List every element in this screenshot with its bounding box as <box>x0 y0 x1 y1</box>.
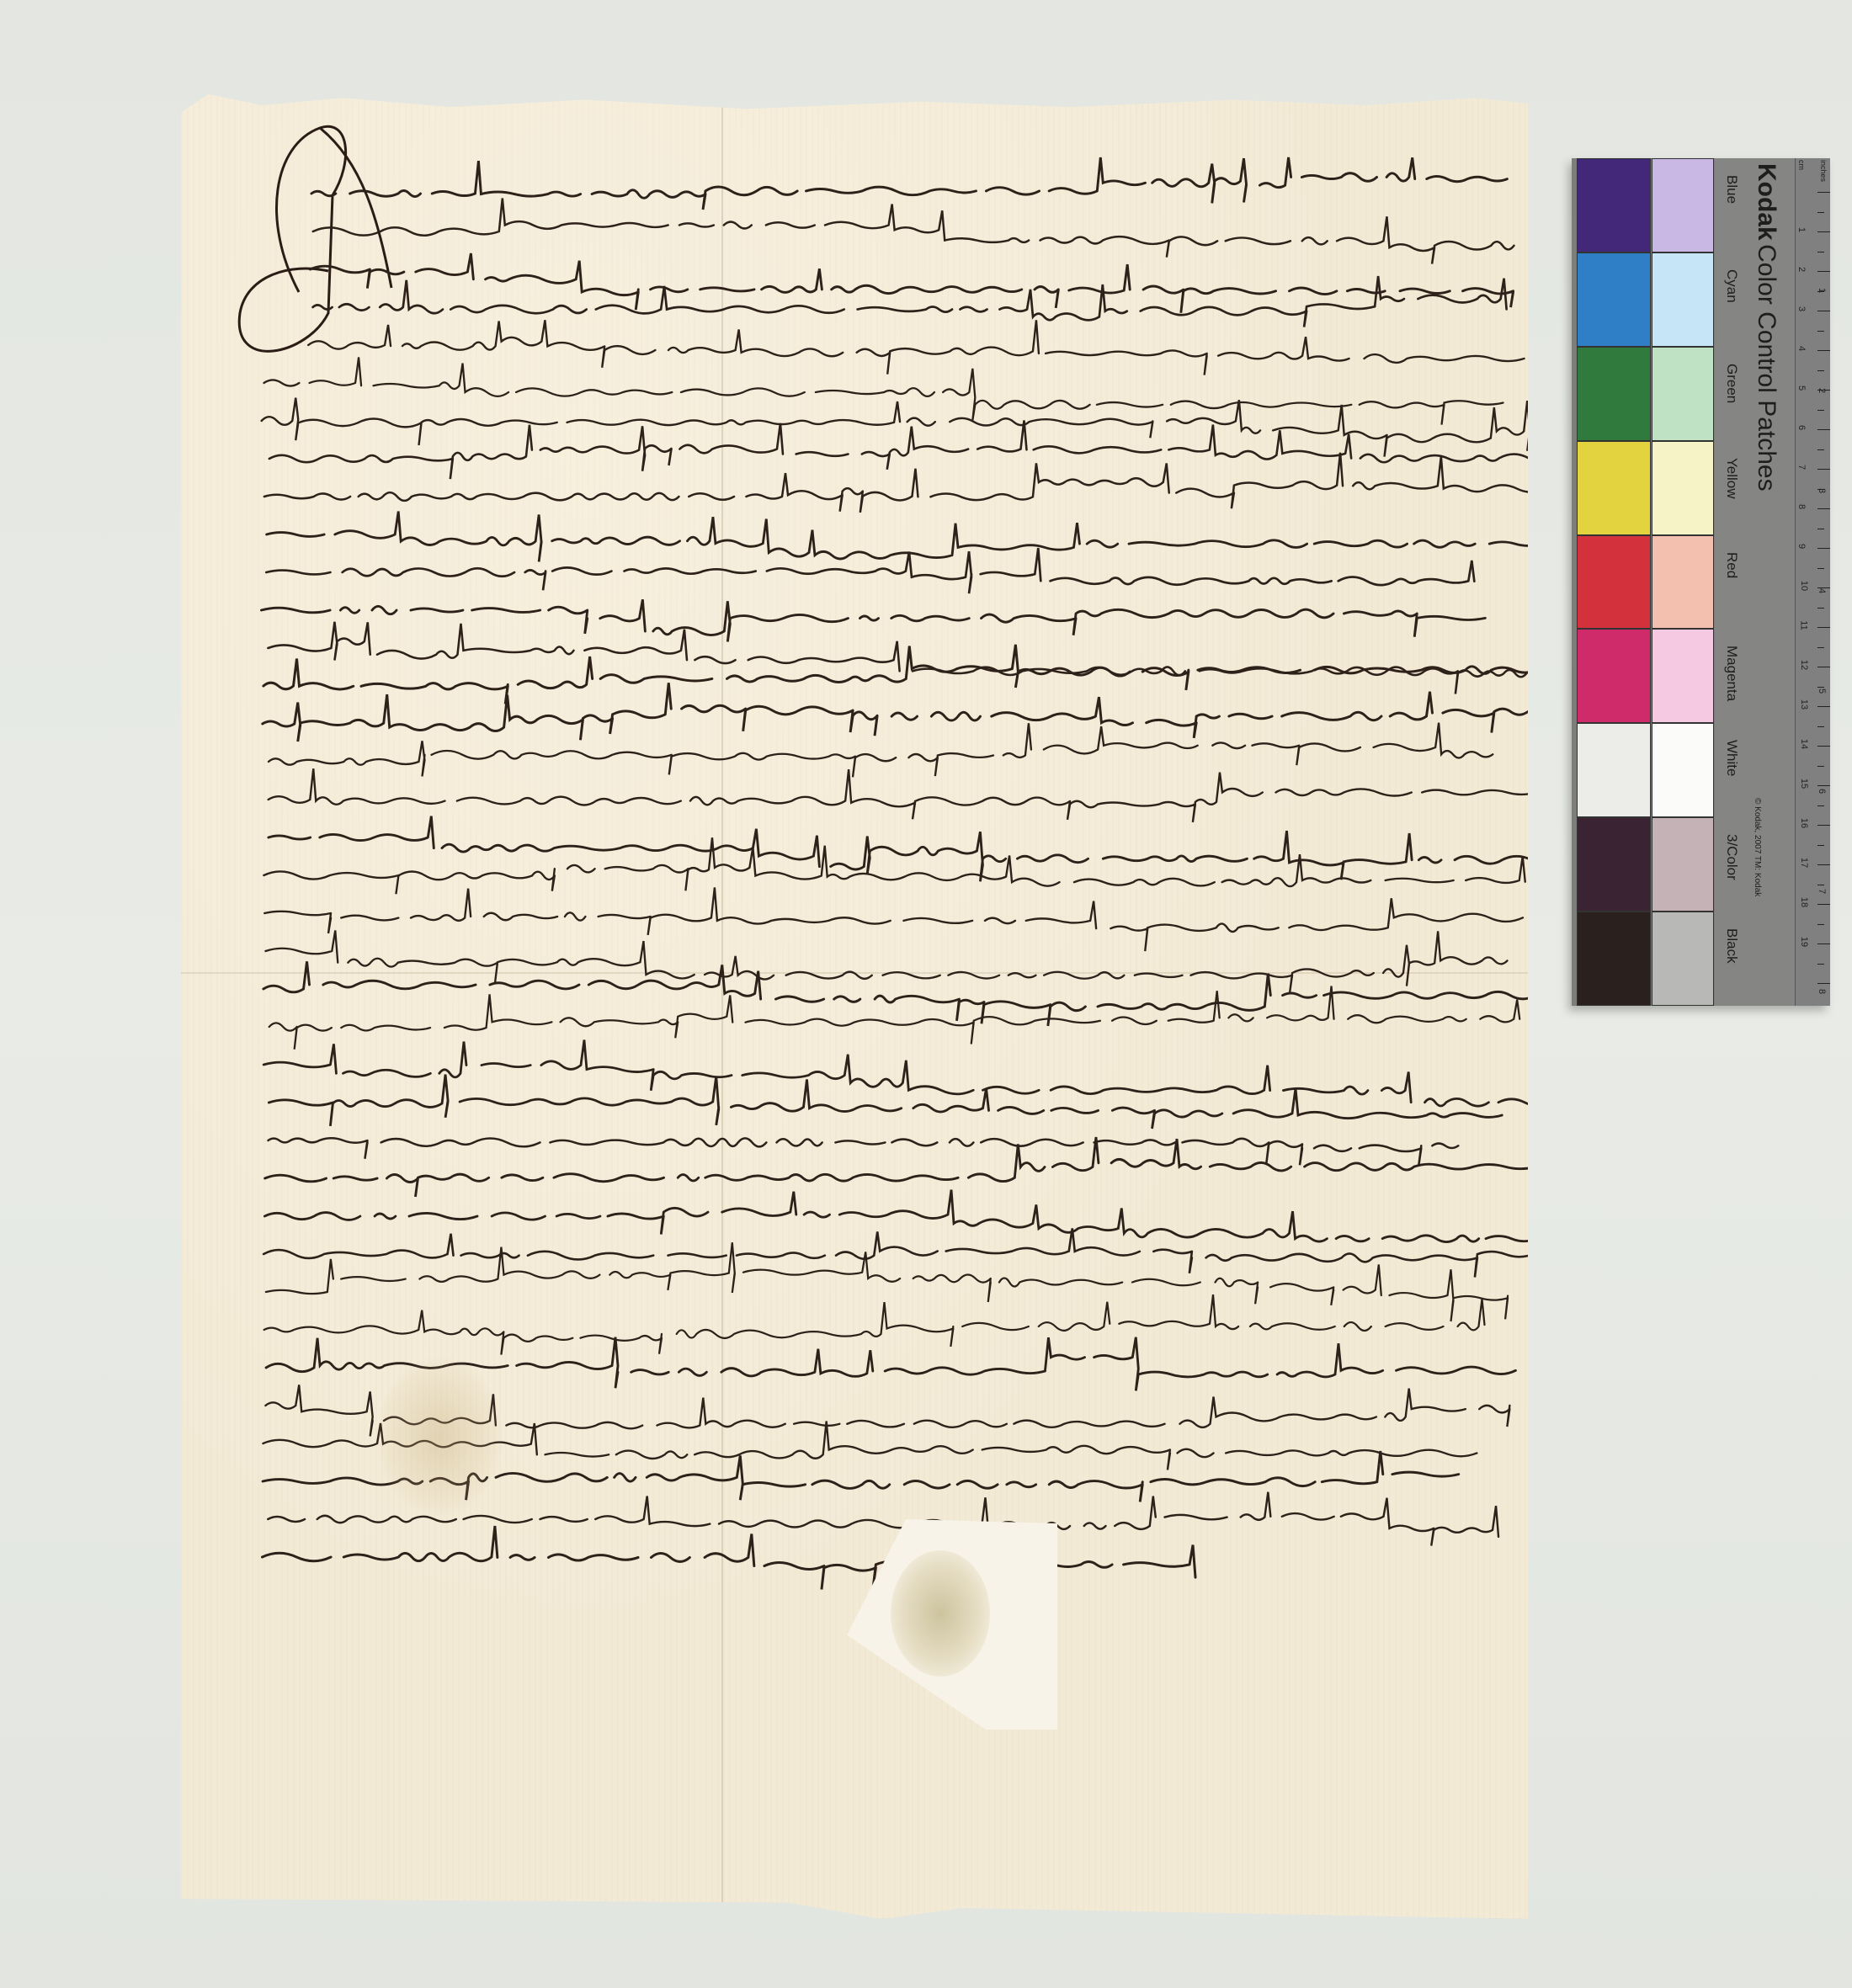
patch-label: Blue <box>1723 175 1740 204</box>
color-patch-light-3-color <box>1652 817 1714 912</box>
cm-tick-label: 4 <box>1796 346 1807 351</box>
color-patch-dark-yellow <box>1577 441 1651 535</box>
cm-tick-label: 12 <box>1799 660 1809 670</box>
card-title: Kodak Color Control Patches <box>1752 163 1780 492</box>
ruler-tick <box>1817 904 1830 905</box>
color-patch-light-red <box>1652 535 1714 630</box>
patch-label: White <box>1723 740 1740 776</box>
handwritten-line <box>263 1040 1528 1107</box>
handwritten-line <box>263 961 1528 1026</box>
ruler-tick <box>1817 885 1824 885</box>
card-title-text: Color Control Patches <box>1753 244 1780 491</box>
patch-label: Red <box>1723 552 1740 578</box>
ruler-tick <box>1817 964 1824 965</box>
handwritten-line <box>268 622 1526 694</box>
handwritten-line <box>265 1137 1528 1197</box>
ruler-tick <box>1817 508 1830 509</box>
handwritten-text-block <box>181 94 1528 1919</box>
cm-tick-label: 8 <box>1796 504 1807 509</box>
inch-tick-label: 4 <box>1817 588 1827 593</box>
handwritten-line <box>267 512 1528 562</box>
ruler-tick <box>1817 766 1824 767</box>
patch-label: Magenta <box>1723 646 1740 701</box>
color-control-card: Kodak Color Control Patches BlueCyanGree… <box>1572 158 1829 1006</box>
ruler-tick <box>1817 608 1824 609</box>
ruler-tick <box>1817 667 1830 667</box>
ruler-tick <box>1817 924 1824 925</box>
color-patch-light-magenta <box>1652 629 1714 723</box>
seal-trace <box>376 1357 503 1517</box>
ruler-tick <box>1817 231 1830 232</box>
color-patch-light-cyan <box>1652 252 1714 347</box>
handwritten-line <box>269 723 1501 778</box>
color-patch-dark-green <box>1577 347 1651 441</box>
color-patch-dark-cyan <box>1577 252 1651 347</box>
color-patch-light-blue <box>1652 158 1714 252</box>
ruler-tick <box>1817 845 1824 846</box>
patch-label: Green <box>1723 364 1740 403</box>
ruler-tick <box>1817 271 1830 272</box>
handwritten-line <box>264 887 1523 951</box>
cm-tick-label: 3 <box>1796 306 1807 311</box>
ruler-tick <box>1817 212 1824 213</box>
ruler-tick <box>1817 370 1824 371</box>
cm-tick-label: 17 <box>1799 858 1809 868</box>
patch-label: 3/Color <box>1723 834 1740 880</box>
ruler-tick <box>1817 647 1824 648</box>
inch-tick-label: 7 <box>1817 889 1827 894</box>
color-patch-dark-blue <box>1577 158 1651 252</box>
color-patch-dark-3-color <box>1577 817 1651 912</box>
handwritten-line <box>313 198 1521 263</box>
handwritten-line <box>264 357 1503 424</box>
handwritten-line <box>269 986 1519 1050</box>
handwritten-line <box>263 683 1528 742</box>
handwritten-line <box>308 320 1528 375</box>
ruler-tick <box>1817 746 1830 747</box>
cm-tick-label: 5 <box>1796 385 1807 391</box>
ruler-tick <box>1817 944 1830 944</box>
manuscript-page <box>181 94 1528 1919</box>
cm-tick-label: 6 <box>1796 425 1807 430</box>
card-label-strip: Kodak Color Control Patches BlueCyanGree… <box>1715 158 1795 1006</box>
card-copyright: © Kodak, 2007 TM: Kodak <box>1753 798 1762 896</box>
cm-tick-label: 16 <box>1799 818 1809 828</box>
inch-tick-label: 5 <box>1817 688 1827 694</box>
ruler-tick <box>1817 864 1830 865</box>
ruler-tick <box>1817 785 1830 786</box>
cm-tick-label: 2 <box>1796 267 1807 272</box>
color-patch-light-black <box>1652 912 1714 1006</box>
ruler-tick <box>1817 429 1830 430</box>
cm-tick-label: 15 <box>1799 779 1809 789</box>
handwritten-line <box>265 930 1507 992</box>
handwritten-line <box>263 1228 1528 1277</box>
cm-tick-label: 9 <box>1796 544 1807 549</box>
measurement-ruler: cm inches 123456789101112131415161718191… <box>1795 158 1830 1006</box>
handwritten-line <box>269 1138 1471 1165</box>
ruler-tick <box>1817 627 1830 628</box>
handwritten-line <box>264 1190 1528 1242</box>
ruler-tick <box>1817 825 1830 826</box>
inch-tick-label: 8 <box>1817 989 1827 994</box>
kodak-brand: Kodak <box>1753 163 1780 241</box>
inch-unit-label: inches <box>1819 160 1828 182</box>
color-patch-dark-white <box>1577 723 1651 817</box>
cm-tick-label: 7 <box>1796 465 1807 470</box>
handwritten-line <box>313 276 1515 327</box>
handwritten-line <box>311 157 1508 210</box>
ruler-tick <box>1817 805 1824 806</box>
ruler-tick <box>1817 726 1824 727</box>
ruler-tick <box>1817 410 1824 411</box>
ruler-tick <box>1817 568 1824 569</box>
inch-tick-label: 3 <box>1817 488 1827 493</box>
inch-tick-label: 6 <box>1817 789 1827 794</box>
handwritten-line <box>261 599 1485 641</box>
cm-tick-label: 19 <box>1799 937 1809 947</box>
patch-label: Cyan <box>1723 269 1740 303</box>
ruler-tick <box>1817 449 1824 450</box>
ruler-tick <box>1817 548 1830 549</box>
ruler-tick <box>1817 350 1830 351</box>
decorated-initial <box>239 126 391 351</box>
ruler-tick <box>1817 687 1824 688</box>
ruler-tick <box>1817 311 1830 311</box>
cm-tick-label: 14 <box>1799 739 1809 749</box>
wax-seal <box>891 1550 990 1677</box>
ruler-tick <box>1817 983 1830 984</box>
inch-tick-label: 1 <box>1817 288 1827 293</box>
color-patch-light-white <box>1652 723 1714 817</box>
ruler-tick <box>1817 529 1824 529</box>
handwritten-line <box>266 548 1482 593</box>
color-patch-dark-black <box>1577 912 1651 1006</box>
ruler-tick <box>1817 706 1830 707</box>
ruler-tick <box>1817 469 1830 470</box>
cm-tick-label: 10 <box>1799 581 1809 591</box>
inch-tick-label: 2 <box>1817 388 1827 393</box>
handwritten-line <box>269 816 1528 882</box>
handwritten-line <box>264 1294 1498 1354</box>
cm-unit-label: cm <box>1797 160 1806 170</box>
ruler-tick <box>1817 252 1824 252</box>
patch-label: Yellow <box>1723 458 1740 499</box>
cm-tick-label: 1 <box>1796 227 1807 232</box>
color-patch-dark-magenta <box>1577 629 1651 723</box>
cm-tick-label: 13 <box>1799 699 1809 710</box>
handwritten-line <box>264 453 1528 513</box>
color-patch-light-yellow <box>1652 441 1714 535</box>
ruler-tick <box>1817 192 1830 193</box>
cm-tick-label: 11 <box>1799 620 1809 630</box>
handwritten-line <box>269 768 1528 822</box>
color-patch-dark-red <box>1577 535 1651 630</box>
color-patch-light-green <box>1652 347 1714 441</box>
ruler-tick <box>1817 331 1824 332</box>
cm-tick-label: 18 <box>1799 897 1809 907</box>
patch-label: Black <box>1723 928 1740 964</box>
